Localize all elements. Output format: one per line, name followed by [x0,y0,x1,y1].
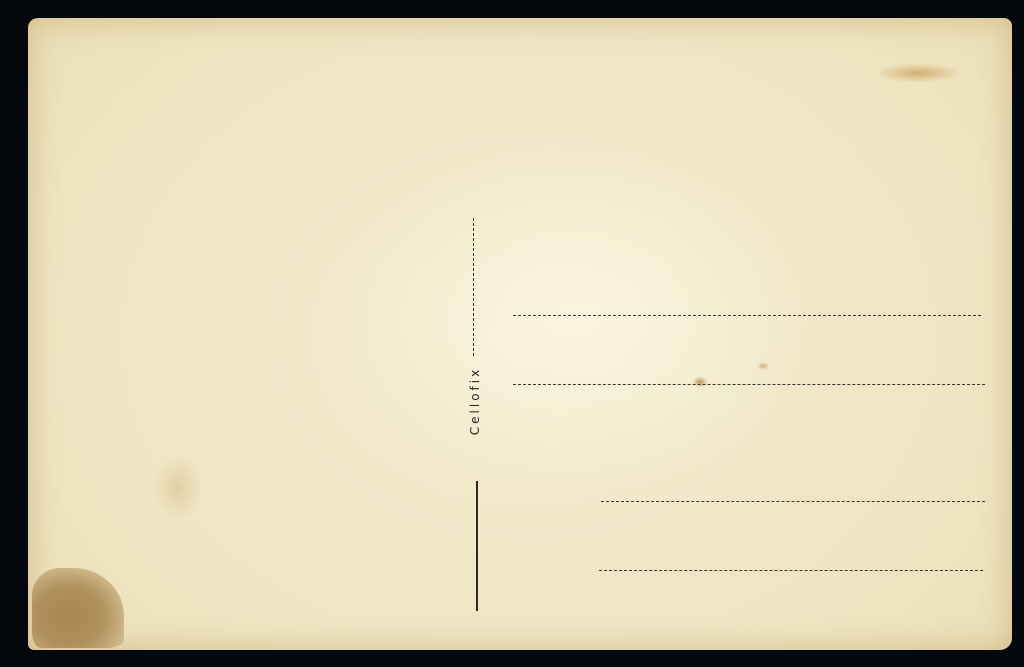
address-line-1 [513,315,981,316]
address-line-4 [599,570,983,571]
address-line-3 [601,501,985,502]
brand-imprint: Cellofix [468,367,482,435]
center-divider-bottom [476,481,478,611]
water-stain [32,568,124,648]
postcard-back: Cellofix [28,18,1012,650]
center-divider-top [473,218,474,356]
address-line-2 [513,384,985,385]
